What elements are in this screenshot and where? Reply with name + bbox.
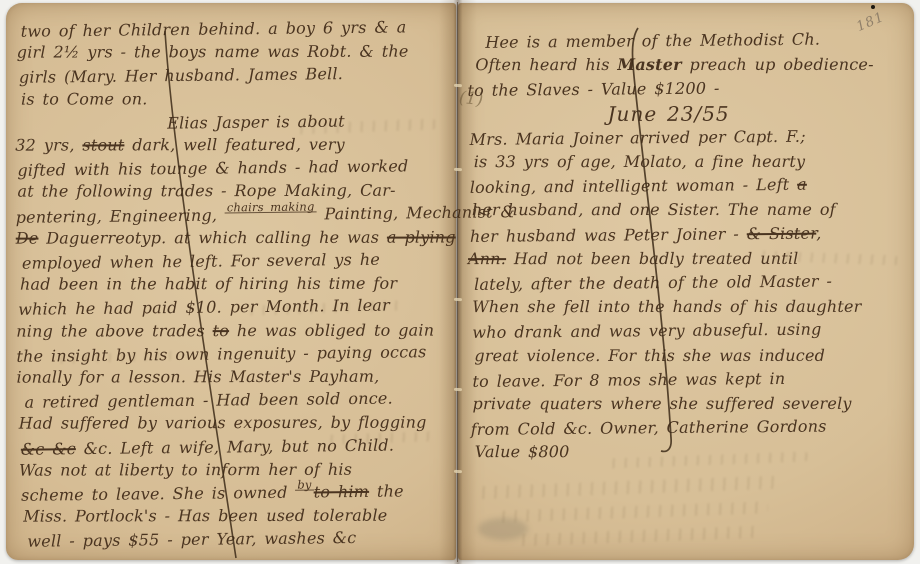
bleed-through-mark xyxy=(498,501,768,522)
hw-text: 32 yrs, xyxy=(15,135,82,154)
hw-text: Had suffered by various exposures, by fl… xyxy=(19,413,427,433)
hw-text: When she fell into the hands of his daug… xyxy=(472,297,861,316)
bleed-through-mark xyxy=(478,476,778,499)
hw-text: Value $800 xyxy=(475,443,570,462)
struck-text: a xyxy=(797,175,807,194)
handwritten-line: private quaters where she suffered sever… xyxy=(473,392,875,417)
hw-text: dark, well featured, very xyxy=(124,135,345,155)
hw-text: lately, after the death of the old Maste… xyxy=(474,272,832,294)
hw-text: &c. Left a wife, Mary, but no Child. xyxy=(76,435,394,458)
hw-text: preach up obedience- xyxy=(682,55,874,74)
hw-text: from Cold &c. Owner, Catherine Gordons xyxy=(471,417,827,439)
hw-text: ning the above trades xyxy=(16,321,212,341)
hw-text: great violence. For this she was induced xyxy=(474,345,825,364)
handwritten-line: lately, after the death of the old Maste… xyxy=(474,269,875,297)
interlinear-insert: by xyxy=(295,480,313,491)
struck-text: to him xyxy=(314,482,370,502)
hw-text: to the Slaves - Value $1200 - xyxy=(467,79,719,100)
hw-text: Daguerreotyp. at which calling he was xyxy=(38,228,387,248)
struck-text: &c &c xyxy=(21,439,76,459)
handwritten-line: girls (Mary. Her husband. James Bell. xyxy=(19,61,515,90)
hw-text: her husband was Peter Joiner - xyxy=(470,224,747,246)
hw-text: is 33 yrs of age, Molato, a fine hearty xyxy=(474,152,806,171)
handwritten-line: to the Slaves - Value $1200 - xyxy=(467,75,874,103)
hw-text: is to Come on. xyxy=(21,89,148,108)
handwritten-line: Had suffered by various exposures, by fl… xyxy=(19,411,516,436)
handwritten-line: Elias Jasper is about xyxy=(167,107,515,134)
handwritten-line: When she fell into the hands of his daug… xyxy=(472,295,874,320)
handwritten-line: which he had paid $10. per Month. In lea… xyxy=(18,293,516,322)
hw-text: her husband, and one Sister. The name of xyxy=(472,200,836,219)
hw-text: two of her Children behind. a boy 6 yrs … xyxy=(21,17,407,40)
handwritten-line: looking, and intelligent woman - Left a xyxy=(470,172,875,200)
hw-text: pentering, Engineering, xyxy=(16,205,225,226)
hw-text: Elias Jasper is about xyxy=(167,111,345,132)
struck-text: Ann. xyxy=(468,249,506,268)
hw-text: ionally for a lesson. His Master's Payha… xyxy=(16,367,379,387)
struck-text: stout xyxy=(82,135,124,154)
hw-text: the xyxy=(369,482,404,501)
handwritten-line: Value $800 xyxy=(475,440,875,465)
hw-text: girls (Mary. Her husband. James Bell. xyxy=(19,65,343,88)
hw-text: the insight by his own ingenuity - payin… xyxy=(16,342,426,366)
handwritten-line: to leave. For 8 mos she was kept in xyxy=(472,366,875,394)
handwritten-line: great violence. For this she was induced xyxy=(474,343,874,368)
handwritten-line: De Daguerreotyp. at which calling he was… xyxy=(16,225,515,250)
right-page-text: Hee is a member of the Methodist Ch.Ofte… xyxy=(467,28,875,465)
hw-text: gifted with his tounge & hands - had wor… xyxy=(17,157,408,180)
handwritten-line: well - pays $55 - per Year, washes &c xyxy=(27,525,517,554)
hw-text: at the following trades - Rope Making, C… xyxy=(17,181,395,201)
hw-text: Master xyxy=(617,55,681,74)
hw-text: scheme to leave. She is owned xyxy=(21,483,295,505)
bleed-through-mark xyxy=(518,526,758,546)
left-page-text: two of her Children behind. a boy 6 yrs … xyxy=(15,16,517,552)
handwritten-line: ning the above trades to he was obliged … xyxy=(16,318,515,343)
hw-text: Hee is a member of the Methodist Ch. xyxy=(485,30,820,52)
hw-text: Was not at liberty to inform her of his xyxy=(19,460,352,480)
handwritten-line: June 23/55 xyxy=(608,101,874,125)
handwritten-line: Ann. Had not been badly treated until xyxy=(468,247,874,272)
hw-text: employed when he left. For several ys he xyxy=(22,250,380,273)
handwritten-line: Mrs. Maria Joiner arrived per Capt. F.; xyxy=(470,124,875,152)
hw-text: Miss. Portlock's - Has been used tolerab… xyxy=(23,506,387,526)
handwritten-line: is 33 yrs of age, Molato, a fine hearty xyxy=(474,150,874,175)
handwritten-line: her husband, and one Sister. The name of xyxy=(472,198,874,223)
handwritten-line: Hee is a member of the Methodist Ch. xyxy=(485,27,874,55)
hw-text: he was obliged to gain xyxy=(229,320,434,340)
handwritten-line: is to Come on. xyxy=(21,86,514,110)
hw-text: girl 2½ yrs - the boys name was Robt. & … xyxy=(17,42,409,62)
interlinear-insert: chairs making xyxy=(225,201,317,213)
hw-text: private quaters where she suffered sever… xyxy=(473,394,852,413)
hw-text: June 23/55 xyxy=(608,101,730,125)
hw-text: Often heard his xyxy=(475,55,617,74)
ink-dot xyxy=(871,5,875,9)
hw-text: who drank and was very abuseful. using xyxy=(472,320,821,342)
handwritten-line: pentering, Engineering, chairs making Pa… xyxy=(16,200,516,229)
handwritten-line: from Cold &c. Owner, Catherine Gordons xyxy=(471,414,876,442)
hw-text: to leave. For 8 mos she was kept in xyxy=(472,369,785,391)
journal-spread: 181 (1) two of her Children behind. a bo… xyxy=(0,0,920,564)
hw-text: a retired gentleman - Had been sold once… xyxy=(25,389,393,412)
struck-text: De xyxy=(16,228,39,247)
hw-text: Mrs. Maria Joiner arrived per Capt. F.; xyxy=(470,127,806,149)
hw-text: well - pays $55 - per Year, washes &c xyxy=(27,528,356,551)
hw-text: looking, and intelligent woman - Left xyxy=(470,175,798,197)
struck-text: a plying xyxy=(387,227,456,246)
struck-text: to xyxy=(213,321,230,340)
struck-text: & Sister xyxy=(747,223,817,243)
hw-text: which he had paid $10. per Month. In lea… xyxy=(18,296,390,319)
hw-text: had been in the habit of hiring his time… xyxy=(20,274,397,294)
hw-text: , xyxy=(816,223,821,242)
handwritten-line: her husband was Peter Joiner - & Sister, xyxy=(470,221,875,249)
handwritten-line: who drank and was very abuseful. using xyxy=(472,317,875,345)
handwritten-line: &c &c &c. Left a wife, Mary, but no Chil… xyxy=(21,432,517,461)
hw-text: Had not been badly treated until xyxy=(506,249,798,268)
handwritten-line: Often heard his Master preach up obedien… xyxy=(475,53,873,78)
